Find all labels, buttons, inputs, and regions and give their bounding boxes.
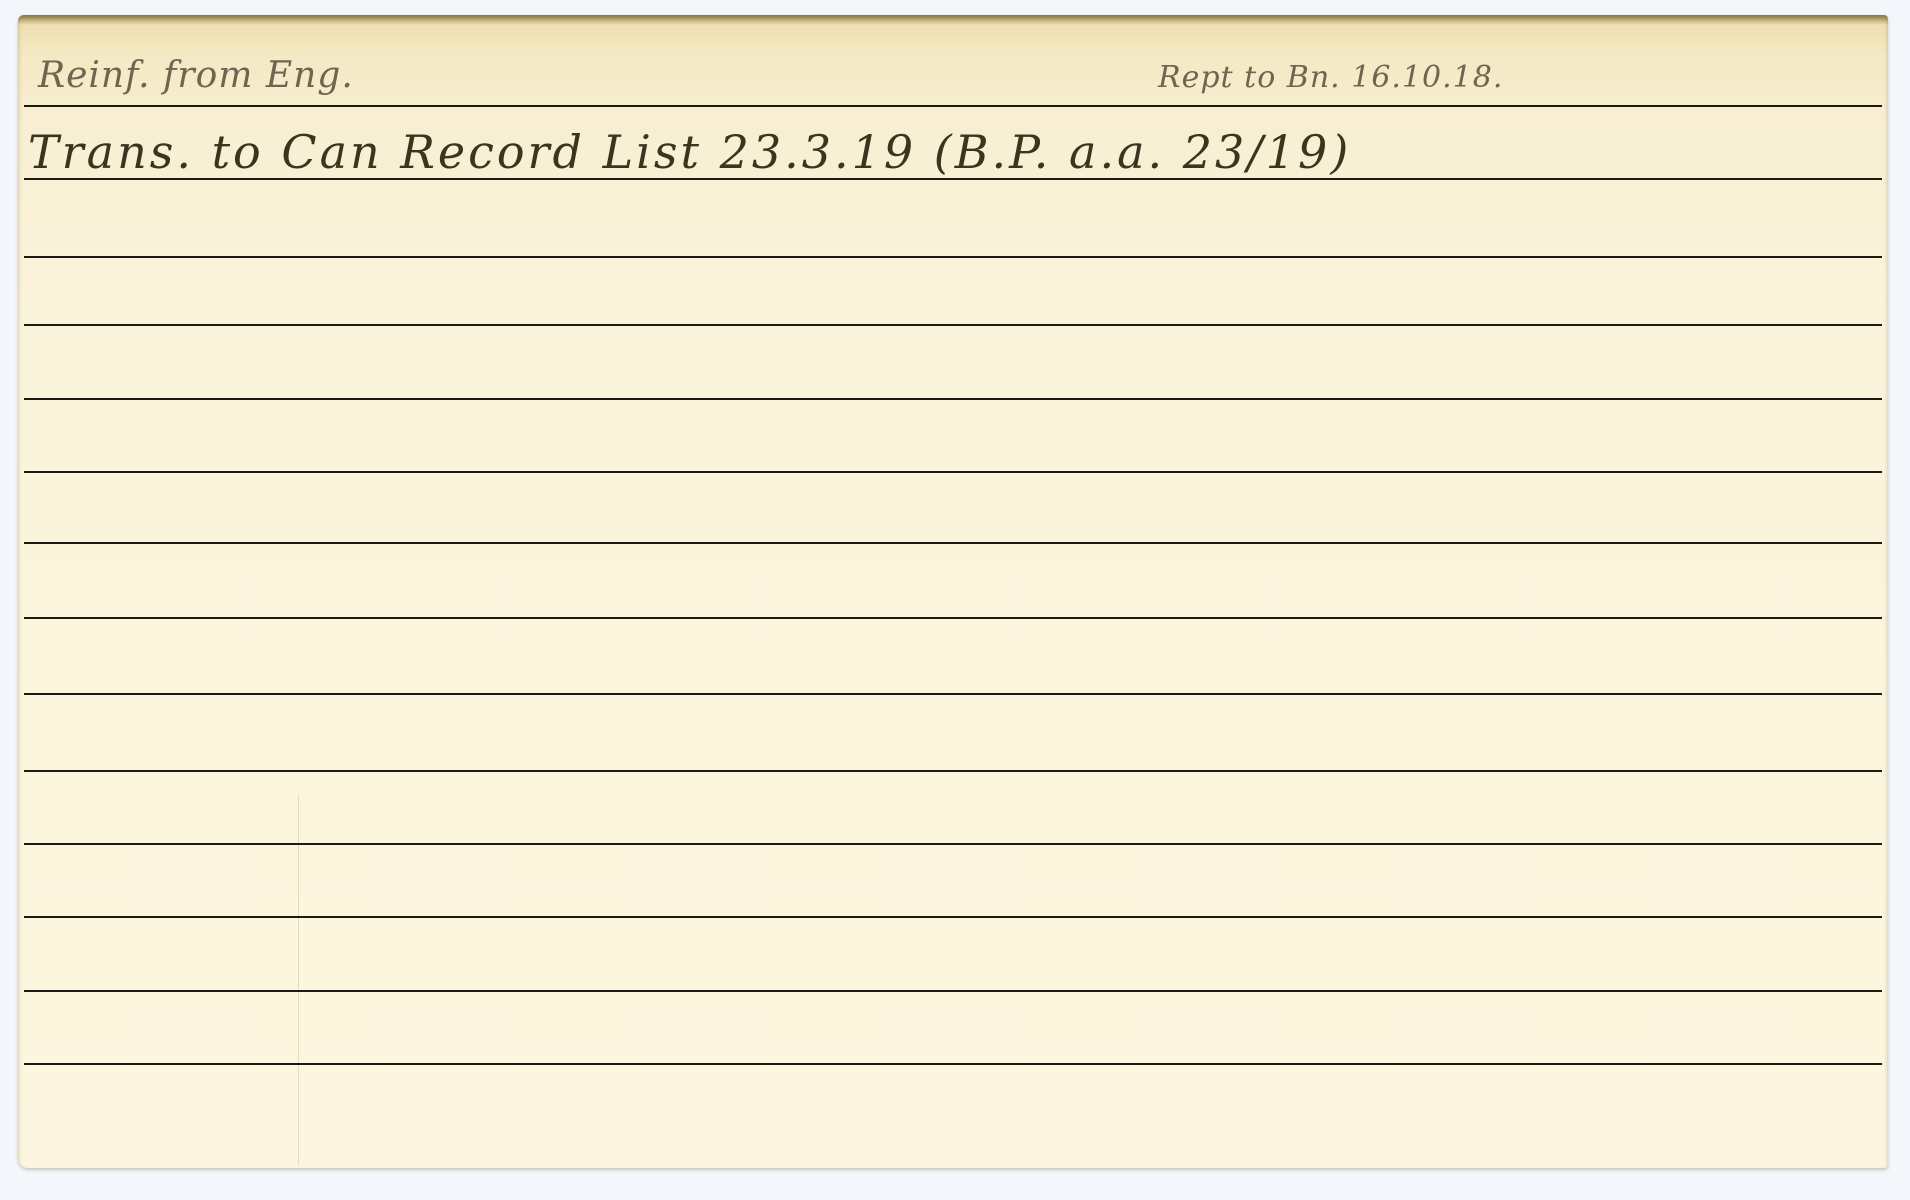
ruled-line xyxy=(24,256,1882,258)
ruled-line xyxy=(24,617,1882,619)
ruled-line xyxy=(24,770,1882,772)
ruled-line xyxy=(24,1063,1882,1065)
paper-fold-mark xyxy=(298,795,299,1165)
ruled-line xyxy=(24,990,1882,992)
ruled-line xyxy=(24,178,1882,180)
handwritten-entry-transfer-record: Trans. to Can Record List 23.3.19 (B.P. … xyxy=(28,125,1351,179)
ruled-line xyxy=(24,542,1882,544)
ruled-line xyxy=(24,398,1882,400)
ruled-line xyxy=(24,324,1882,326)
handwritten-entry-reported-to-battalion: Rept to Bn. 16.10.18. xyxy=(1158,60,1503,95)
ruled-line xyxy=(24,105,1882,107)
index-card: Reinf. from Eng. Rept to Bn. 16.10.18. T… xyxy=(18,15,1888,1168)
handwritten-entry-reinforcement: Reinf. from Eng. xyxy=(38,55,354,96)
ruled-line xyxy=(24,693,1882,695)
ruled-line xyxy=(24,843,1882,845)
ruled-line xyxy=(24,916,1882,918)
ruled-line xyxy=(24,471,1882,473)
